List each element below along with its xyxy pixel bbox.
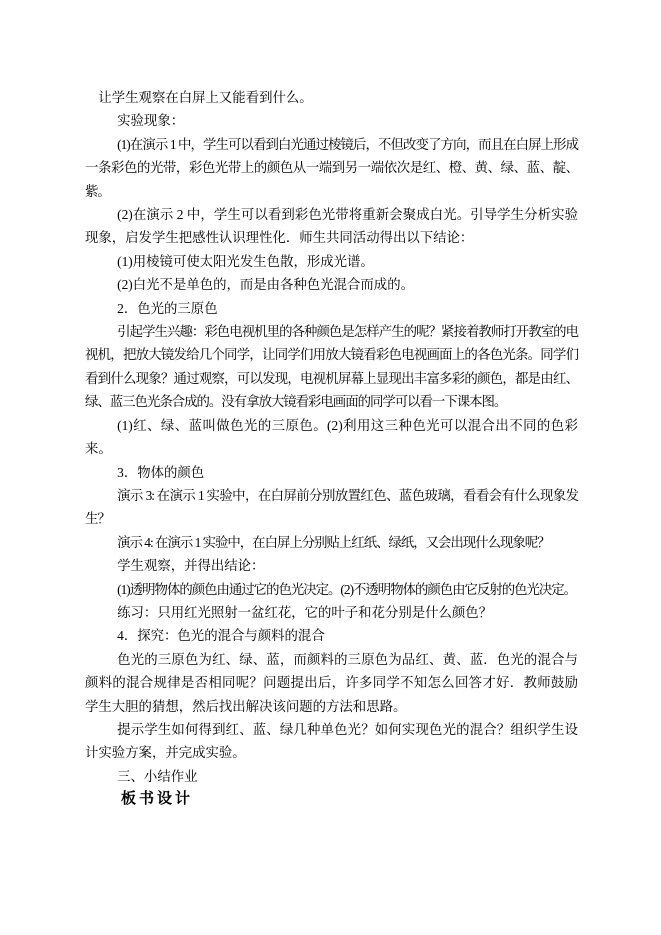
paragraph-student-observe: 学生观察，并得出结论： xyxy=(85,554,578,577)
paragraph-mixing-discussion: 色光的三原色为红、绿、蓝，而颜料的三原色为品红、黄、蓝．色光的混合与颜料的混合规… xyxy=(85,648,578,718)
paragraph-object-color-conclusions: (1)透明物体的颜色由通过它的色光决定。(2)不透明物体的颜色由它反射的色光决定… xyxy=(85,578,578,601)
paragraph-conclusion-1: (1)用棱镜可使太阳光发生色散，形成光谱。 xyxy=(85,250,578,273)
section-heading-color-light-primaries: 2．色光的三原色 xyxy=(85,297,578,320)
paragraph-demo-3: 演示 3: 在演示 1 实验中，在白屏前分别放置红色、蓝色玻璃，看看会有什么现象… xyxy=(85,484,578,531)
paragraph-demo-4: 演示 4: 在演示 1 实验中，在白屏上分别贴上红纸、绿纸，又会出现什么现象呢？ xyxy=(85,531,578,554)
paragraph-experiment-phenomena-label: 实验现象： xyxy=(85,109,578,132)
paragraph-tv-discussion: 引起学生兴趣：彩色电视机里的各种颜色是怎样产生的呢？紧接着教师打开教室的电视机，… xyxy=(85,320,578,414)
paragraph-three-primary-colors: (1)红、绿、蓝叫做色光的三原色。(2)利用这三种色光可以混合出不同的色彩来。 xyxy=(85,414,578,461)
section-heading-summary-homework: 三、小结作业 xyxy=(85,765,578,788)
paragraph-observation-2: (2)在演示 2 中，学生可以看到彩色光带将重新会聚成白光。引导学生分析实验现象… xyxy=(85,203,578,250)
paragraph-hint-single-colors: 提示学生如何得到红、蓝、绿几种单色光？如何实现色光的混合？组织学生设计实验方案，… xyxy=(85,718,578,765)
paragraph-intro-continuation: 让学生观察在白屏上又能看到什么。 xyxy=(85,86,578,109)
paragraph-conclusion-2: (2)白光不是单色的，而是由各种色光混合而成的。 xyxy=(85,273,578,296)
section-heading-object-colors: 3．物体的颜色 xyxy=(85,461,578,484)
board-design-heading: 板书设计 xyxy=(85,788,578,811)
document-page: 让学生观察在白屏上又能看到什么。 实验现象： (1)在演示 1 中，学生可以看到… xyxy=(85,86,578,812)
paragraph-practice: 练习：只用红光照射一盆红花，它的叶子和花分别是什么颜色？ xyxy=(85,601,578,624)
section-heading-explore-mixing: 4．探究：色光的混合与颜料的混合 xyxy=(85,624,578,647)
paragraph-observation-1: (1)在演示 1 中，学生可以看到白光通过棱镜后，不但改变了方向，而且在白屏上形… xyxy=(85,133,578,203)
